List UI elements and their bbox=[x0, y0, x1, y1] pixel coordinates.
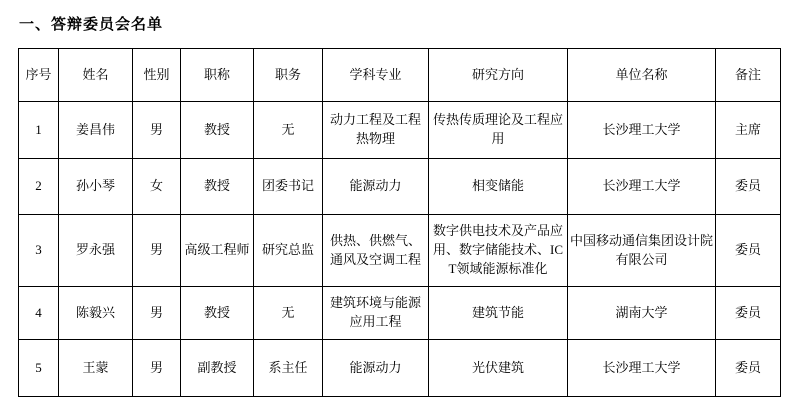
table-row: 5王蒙男副教授系主任能源动力光伏建筑长沙理工大学委员 bbox=[19, 340, 781, 397]
table-cell: 男 bbox=[133, 340, 181, 397]
header-cell: 职务 bbox=[254, 49, 323, 102]
document-page: 一、答辩委员会名单 序号姓名性别职称职务学科专业研究方向单位名称备注 1姜昌伟男… bbox=[0, 0, 802, 414]
table-cell: 罗永强 bbox=[59, 215, 133, 287]
table-cell: 长沙理工大学 bbox=[568, 340, 716, 397]
table-cell: 孙小琴 bbox=[59, 159, 133, 215]
table-cell: 传热传质理论及工程应用 bbox=[429, 102, 568, 159]
table-cell: 无 bbox=[254, 102, 323, 159]
table-cell: 陈毅兴 bbox=[59, 287, 133, 340]
table-row: 2孙小琴女教授团委书记能源动力相变储能长沙理工大学委员 bbox=[19, 159, 781, 215]
table-cell: 女 bbox=[133, 159, 181, 215]
header-row: 序号姓名性别职称职务学科专业研究方向单位名称备注 bbox=[19, 49, 781, 102]
table-cell: 建筑节能 bbox=[429, 287, 568, 340]
table-row: 3罗永强男高级工程师研究总监供热、供燃气、通风及空调工程数字供电技术及产品应用、… bbox=[19, 215, 781, 287]
header-cell: 职称 bbox=[181, 49, 254, 102]
header-cell: 学科专业 bbox=[323, 49, 429, 102]
table-cell: 姜昌伟 bbox=[59, 102, 133, 159]
table-cell: 教授 bbox=[181, 287, 254, 340]
table-cell: 研究总监 bbox=[254, 215, 323, 287]
table-cell: 委员 bbox=[716, 159, 781, 215]
table-cell: 副教授 bbox=[181, 340, 254, 397]
header-cell: 姓名 bbox=[59, 49, 133, 102]
table-cell: 建筑环境与能源应用工程 bbox=[323, 287, 429, 340]
table-cell: 1 bbox=[19, 102, 59, 159]
table-cell: 光伏建筑 bbox=[429, 340, 568, 397]
table-cell: 主席 bbox=[716, 102, 781, 159]
table-cell: 长沙理工大学 bbox=[568, 159, 716, 215]
table-cell: 动力工程及工程热物理 bbox=[323, 102, 429, 159]
table-cell: 委员 bbox=[716, 287, 781, 340]
table-cell: 数字供电技术及产品应用、数字储能技术、ICT领域能源标准化 bbox=[429, 215, 568, 287]
table-cell: 王蒙 bbox=[59, 340, 133, 397]
table-header: 序号姓名性别职称职务学科专业研究方向单位名称备注 bbox=[19, 49, 781, 102]
table-row: 1姜昌伟男教授无动力工程及工程热物理传热传质理论及工程应用长沙理工大学主席 bbox=[19, 102, 781, 159]
header-cell: 性别 bbox=[133, 49, 181, 102]
table-cell: 3 bbox=[19, 215, 59, 287]
table-cell: 能源动力 bbox=[323, 159, 429, 215]
table-cell: 无 bbox=[254, 287, 323, 340]
table-cell: 男 bbox=[133, 102, 181, 159]
table-cell: 相变储能 bbox=[429, 159, 568, 215]
table-cell: 团委书记 bbox=[254, 159, 323, 215]
table-cell: 委员 bbox=[716, 340, 781, 397]
committee-table: 序号姓名性别职称职务学科专业研究方向单位名称备注 1姜昌伟男教授无动力工程及工程… bbox=[18, 48, 781, 397]
header-cell: 序号 bbox=[19, 49, 59, 102]
table-row: 4陈毅兴男教授无建筑环境与能源应用工程建筑节能湖南大学委员 bbox=[19, 287, 781, 340]
table-cell: 男 bbox=[133, 287, 181, 340]
table-cell: 5 bbox=[19, 340, 59, 397]
table-cell: 男 bbox=[133, 215, 181, 287]
table-cell: 委员 bbox=[716, 215, 781, 287]
header-cell: 研究方向 bbox=[429, 49, 568, 102]
table-cell: 教授 bbox=[181, 159, 254, 215]
table-cell: 能源动力 bbox=[323, 340, 429, 397]
table-cell: 2 bbox=[19, 159, 59, 215]
table-cell: 供热、供燃气、通风及空调工程 bbox=[323, 215, 429, 287]
section-title: 一、答辩委员会名单 bbox=[19, 13, 802, 34]
table-body: 1姜昌伟男教授无动力工程及工程热物理传热传质理论及工程应用长沙理工大学主席2孙小… bbox=[19, 102, 781, 397]
table-cell: 湖南大学 bbox=[568, 287, 716, 340]
table-cell: 系主任 bbox=[254, 340, 323, 397]
table-cell: 教授 bbox=[181, 102, 254, 159]
header-cell: 备注 bbox=[716, 49, 781, 102]
table-cell: 长沙理工大学 bbox=[568, 102, 716, 159]
table-cell: 中国移动通信集团设计院有限公司 bbox=[568, 215, 716, 287]
table-cell: 高级工程师 bbox=[181, 215, 254, 287]
header-cell: 单位名称 bbox=[568, 49, 716, 102]
table-cell: 4 bbox=[19, 287, 59, 340]
